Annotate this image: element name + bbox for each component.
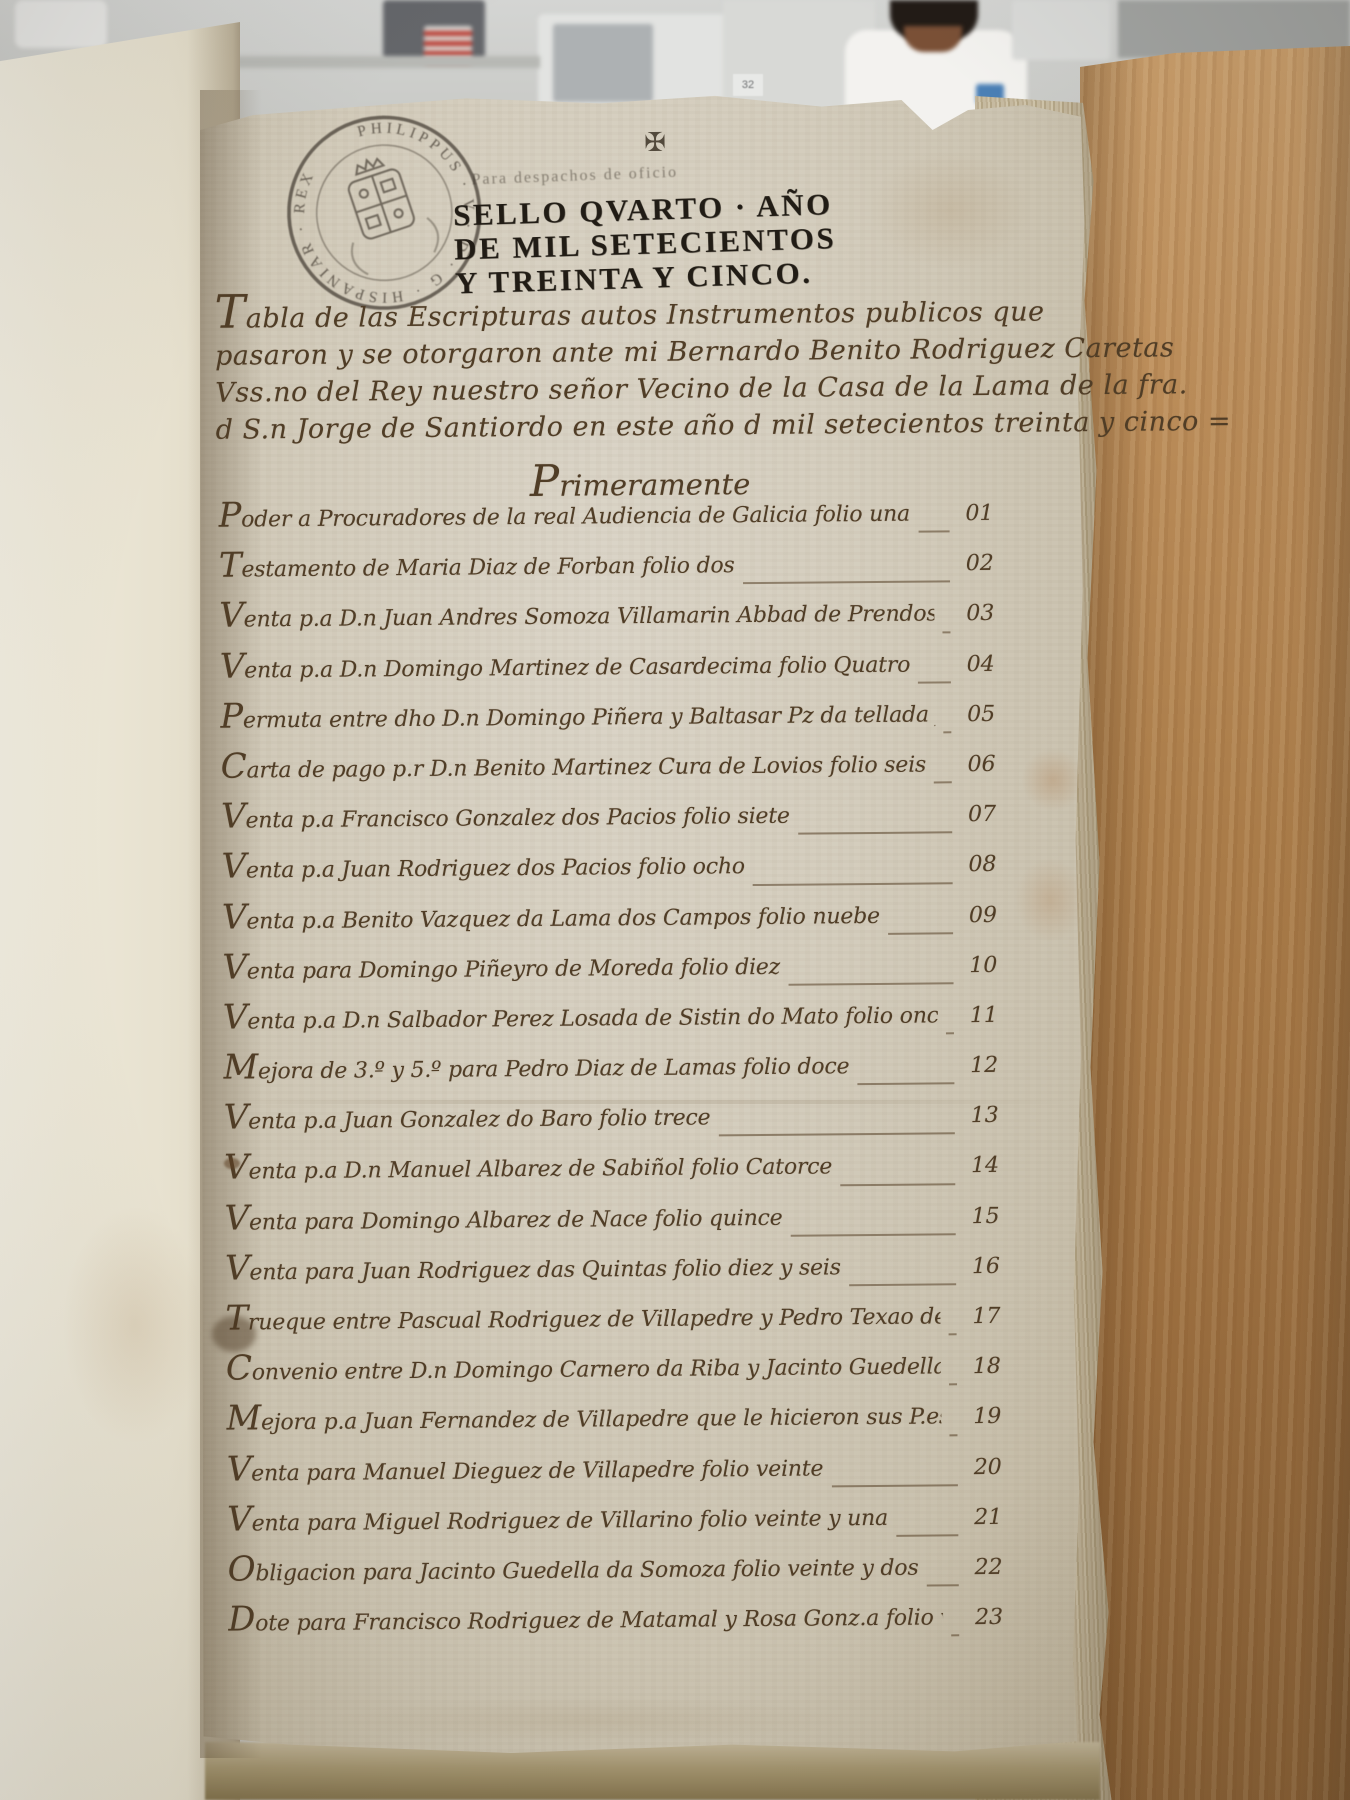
entry-folio-number: 16 [962, 1254, 1000, 1279]
leader-line [951, 1635, 959, 1637]
index-entry-row: Carta de pago p.r D.n Benito Martinez Cu… [220, 740, 995, 797]
leader-line [719, 1133, 955, 1137]
background-shelf-box [15, 0, 107, 48]
entry-folio-number: 21 [964, 1505, 1002, 1530]
leader-line [934, 781, 952, 783]
entry-folio-number: 12 [960, 1053, 998, 1078]
leader-line [949, 1384, 957, 1386]
entry-text: Venta p.a D.n Manuel Albarez de Sabiñol … [224, 1143, 832, 1188]
leader-line [946, 1032, 954, 1034]
index-entry-row: Permuta entre dho D.n Domingo Piñera y B… [220, 690, 995, 747]
index-entry-row: Obligacion para Jacinto Guedella da Somo… [227, 1543, 1002, 1600]
index-entry-row: Venta p.a Juan Rodriguez dos Pacios foli… [221, 840, 996, 897]
leader-line [858, 1083, 955, 1086]
entry-text: Venta p.a D.n Salbador Perez Losada de S… [223, 991, 938, 1037]
leader-line [896, 1534, 958, 1537]
leader-line [918, 681, 951, 683]
index-entry-row: Venta p.a D.n Juan Andres Somoza Villama… [219, 589, 994, 646]
entry-folio-number: 11 [960, 1003, 998, 1028]
index-entry-row: Venta para Miguel Rodriguez de Villarino… [227, 1493, 1002, 1550]
leader-line [943, 731, 951, 733]
leader-line [849, 1283, 956, 1286]
person-face [904, 26, 962, 52]
entry-folio-number: 22 [965, 1555, 1003, 1580]
page-content: PHILIPPUS · V · D · G · HISPANIAR · REX … [193, 86, 1096, 1762]
entry-text: Venta p.a Juan Rodriguez dos Pacios foli… [221, 842, 745, 887]
entry-text: Venta para Miguel Rodriguez de Villarino… [227, 1494, 888, 1540]
entry-folio-number: 19 [963, 1404, 1001, 1429]
leader-line [791, 1233, 956, 1236]
index-entry-row: Testamento de Maria Diaz de Forban folio… [219, 539, 994, 596]
entry-text: Venta para Juan Rodriguez das Quintas fo… [225, 1243, 841, 1288]
entry-folio-number: 02 [956, 551, 994, 576]
printed-tax-stamp-heading: SELLO QVARTO · AÑO DE MIL SETECIENTOS Y … [453, 185, 916, 301]
entry-text: Venta p.a Juan Gonzalez do Baro folio tr… [224, 1094, 711, 1138]
entry-folio-number: 05 [957, 702, 995, 727]
index-entry-row: Venta para Manuel Dieguez de Villapedre … [227, 1442, 1002, 1499]
entry-text: Venta p.a Benito Vazquez da Lama dos Cam… [222, 891, 880, 937]
leader-line [949, 1434, 957, 1436]
archive-photo: 32 PHILIPPUS · V · D · G · HISPANIAR · R… [0, 0, 1350, 1800]
entry-folio-number: 23 [965, 1605, 1003, 1630]
leader-line [927, 1584, 959, 1586]
entry-folio-number: 07 [958, 802, 996, 827]
leader-line [743, 581, 950, 585]
entry-text: Mejora de 3.º y 5.º para Pedro Diaz de L… [223, 1042, 849, 1087]
index-entry-row: Venta p.a D.n Salbador Perez Losada de S… [223, 991, 998, 1048]
entry-folio-number: 18 [963, 1354, 1001, 1379]
shelf-rail [228, 56, 540, 68]
entry-text: Obligacion para Jacinto Guedella da Somo… [227, 1544, 918, 1590]
leader-line [753, 882, 953, 886]
entry-text: Trueque entre Pascual Rodriguez de Villa… [225, 1292, 940, 1338]
leader-line [831, 1484, 957, 1487]
leader-line [840, 1183, 955, 1186]
entry-folio-number: 01 [955, 501, 993, 526]
entry-text: Venta p.a Francisco Gonzalez dos Pacios … [221, 792, 790, 837]
index-entry-row: Dote para Francisco Rodriguez de Matamal… [228, 1593, 1003, 1650]
entry-folio-number: 04 [957, 651, 995, 676]
entry-text: Venta p.a D.n Juan Andres Somoza Villama… [219, 590, 934, 636]
entry-folio-number: 06 [958, 752, 996, 777]
leader-line [788, 982, 953, 985]
index-entries: Poder a Procuradores de la real Audienci… [218, 489, 1003, 1650]
index-entry-row: Poder a Procuradores de la real Audienci… [218, 489, 993, 546]
entry-text: Venta para Manuel Dieguez de Villapedre … [227, 1444, 824, 1489]
index-entry-row: Venta p.a Juan Gonzalez do Baro folio tr… [224, 1091, 999, 1148]
cross-mark-icon: ✠ [644, 128, 666, 158]
index-intro-paragraph: Tabla de las Escripturas autos Instrumen… [214, 286, 1065, 448]
entry-text: Mejora p.a Juan Fernandez de Villapedre … [226, 1393, 941, 1439]
entry-text: Venta para Domingo Albarez de Nace folio… [224, 1193, 782, 1238]
entry-folio-number: 14 [961, 1153, 999, 1178]
leader-line [798, 832, 952, 835]
wooden-desk [1080, 46, 1350, 1800]
entry-folio-number: 17 [962, 1304, 1000, 1329]
leader-line [888, 932, 953, 935]
index-entry-row: Venta para Juan Rodriguez das Quintas fo… [225, 1242, 1000, 1299]
white-monitor [1012, 0, 1110, 60]
index-entry-row: Convenio entre D.n Domingo Carnero da Ri… [226, 1342, 1001, 1399]
coat-of-arms-icon [325, 146, 443, 277]
intro-line-1: Tabla de las Escripturas autos Instrumen… [214, 286, 1064, 337]
entry-text: Venta p.a D.n Domingo Martinez de Casard… [220, 640, 911, 686]
index-entry-row: Venta p.a Francisco Gonzalez dos Pacios … [221, 790, 996, 847]
entry-folio-number: 09 [959, 902, 997, 927]
index-entry-row: Mejora p.a Juan Fernandez de Villapedre … [226, 1392, 1001, 1449]
entry-text: Poder a Procuradores de la real Audienci… [218, 490, 910, 536]
index-entry-row: Trueque entre Pascual Rodriguez de Villa… [225, 1292, 1000, 1349]
leader-line [918, 531, 949, 533]
entry-text: Venta para Domingo Piñeyro de Moreda fol… [222, 943, 780, 988]
entry-folio-number: 20 [964, 1454, 1002, 1479]
index-entry-row: Venta p.a D.n Manuel Albarez de Sabiñol … [224, 1141, 999, 1198]
index-entry-row: Venta p.a D.n Domingo Martinez de Casard… [220, 639, 995, 696]
index-entry-row: Venta para Domingo Albarez de Nace folio… [224, 1192, 999, 1249]
faint-printed-line: Para despachos de oficio [471, 156, 891, 189]
entry-text: Permuta entre dho D.n Domingo Piñera y B… [220, 690, 935, 736]
entry-folio-number: 13 [961, 1103, 999, 1128]
leader-line [949, 1333, 957, 1335]
entry-text: Convenio entre D.n Domingo Carnero da Ri… [226, 1343, 941, 1389]
index-entry-row: Mejora de 3.º y 5.º para Pedro Diaz de L… [223, 1041, 998, 1098]
entry-folio-number: 03 [956, 601, 994, 626]
entry-text: Dote para Francisco Rodriguez de Matamal… [228, 1594, 943, 1640]
entry-folio-number: 15 [961, 1204, 999, 1229]
entry-text: Carta de pago p.r D.n Benito Martinez Cu… [220, 740, 926, 786]
leader-line [942, 631, 950, 633]
entry-folio-number: 10 [959, 953, 997, 978]
index-entry-row: Venta para Domingo Piñeyro de Moreda fol… [222, 941, 997, 998]
index-entry-row: Venta p.a Benito Vazquez da Lama dos Cam… [222, 890, 997, 947]
intro-line-4: d S.n Jorge de Santiordo en este año d m… [216, 404, 1066, 448]
entry-folio-number: 08 [958, 852, 996, 877]
entry-text: Testamento de Maria Diaz de Forban folio… [219, 541, 735, 585]
